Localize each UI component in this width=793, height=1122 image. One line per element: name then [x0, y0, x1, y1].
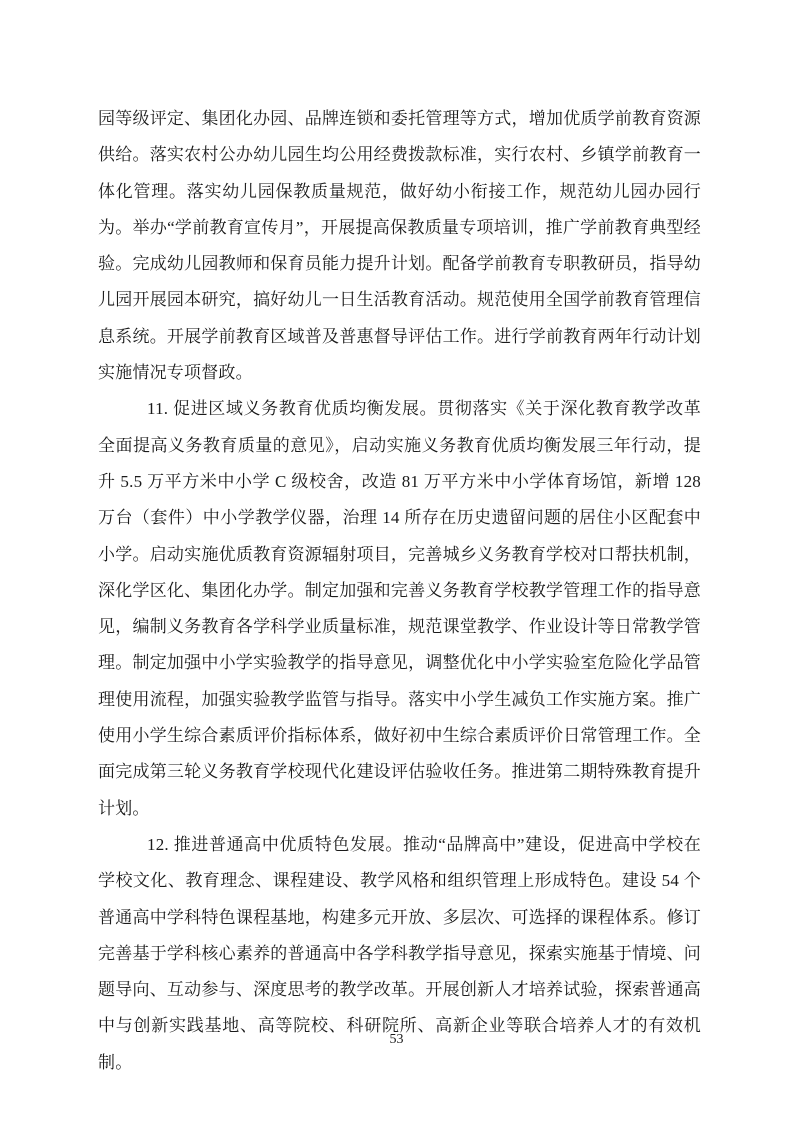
document-page: 园等级评定、集团化办园、品牌连锁和委托管理等方式，增加优质学前教育资源供给。落实…: [0, 0, 793, 1122]
page-number: 53: [0, 1031, 793, 1049]
paragraph-preschool-continuation: 园等级评定、集团化办园、品牌连锁和委托管理等方式，增加优质学前教育资源供给。落实…: [98, 101, 701, 391]
paragraph-item-11: 11. 促进区域义务教育优质均衡发展。贯彻落实《关于深化教育教学改革全面提高义务…: [98, 391, 701, 827]
document-body: 园等级评定、集团化办园、品牌连锁和委托管理等方式，增加优质学前教育资源供给。落实…: [98, 101, 701, 1081]
